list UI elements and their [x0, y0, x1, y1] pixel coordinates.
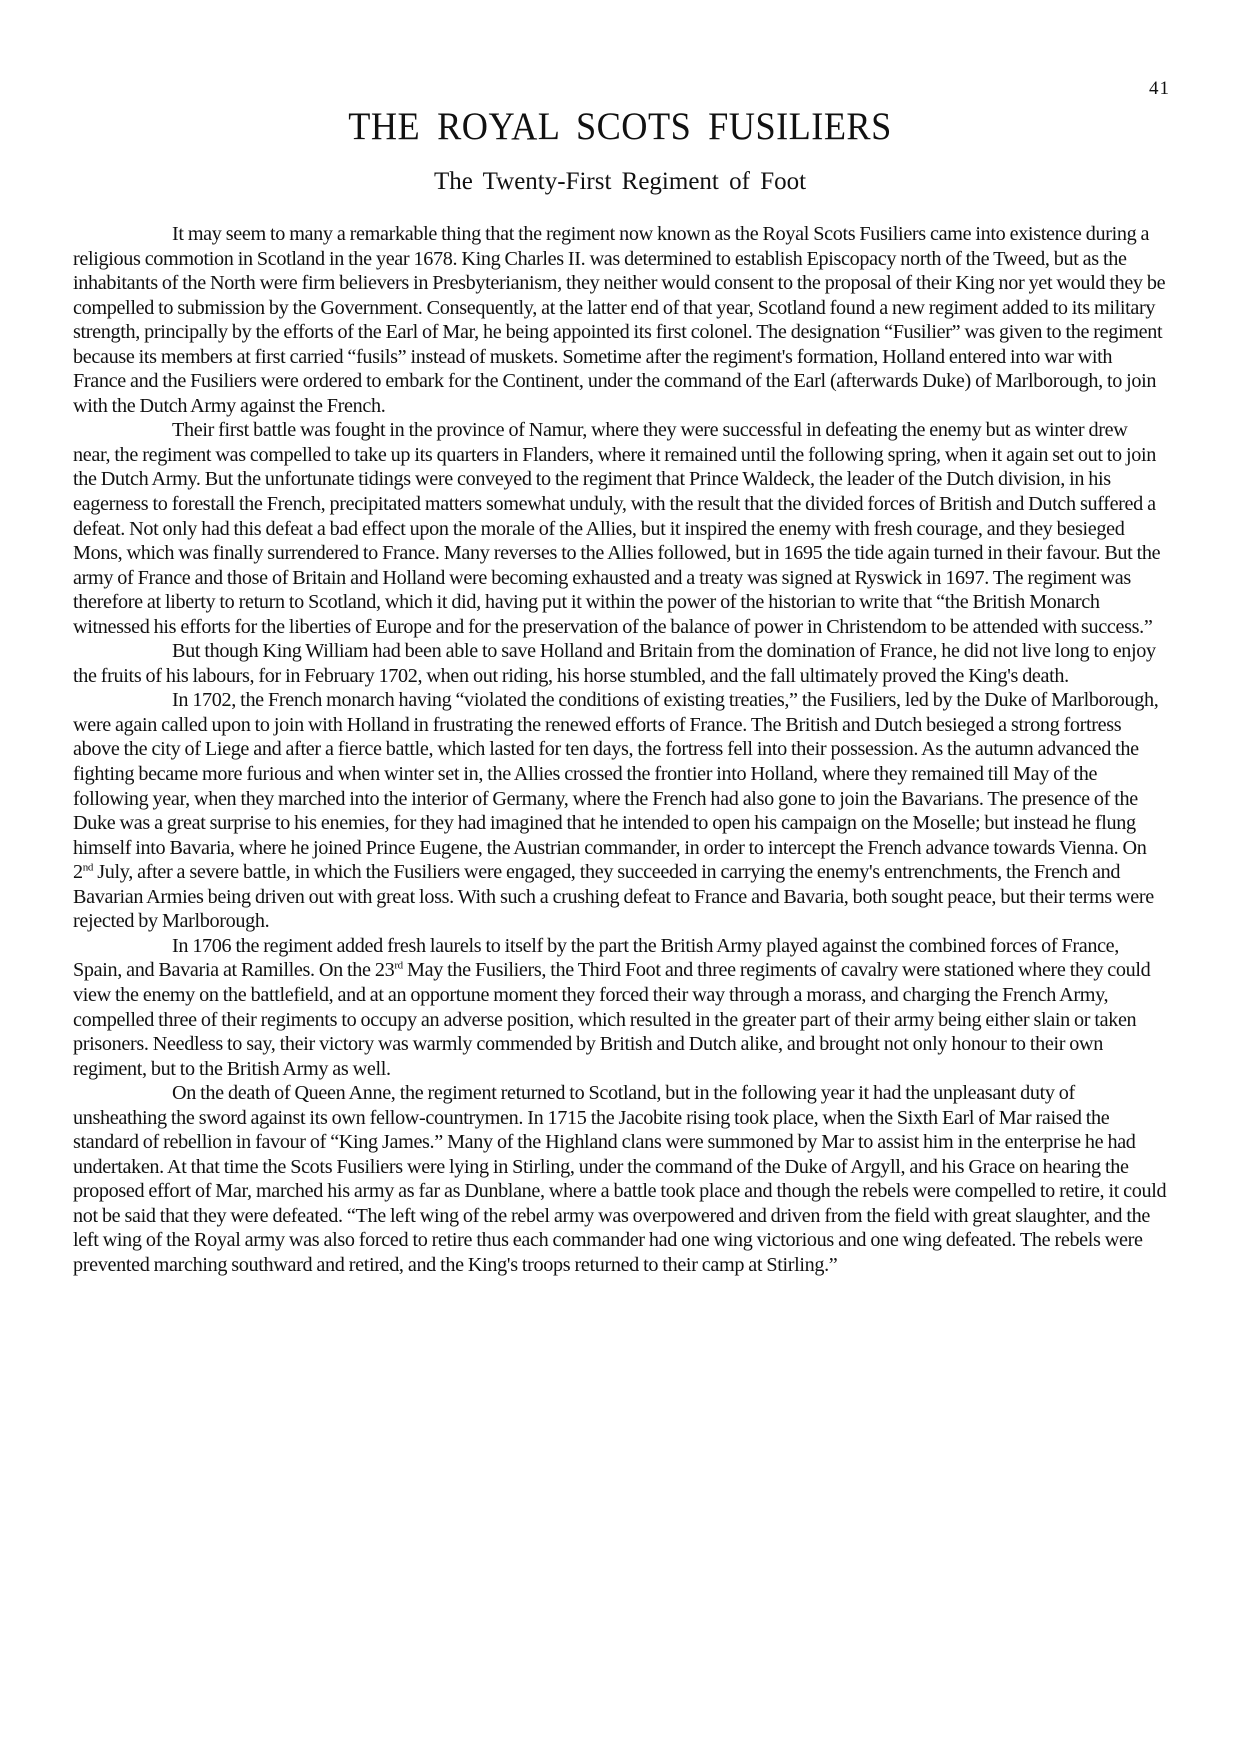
paragraph-4-part-1: In 1702, the French monarch having “viol…: [73, 689, 1158, 883]
page-subtitle: The Twenty-First Regiment of Foot: [0, 168, 1240, 196]
paragraph-3: But though King William had been able to…: [73, 639, 1167, 688]
paragraph-1: It may seem to many a remarkable thing t…: [73, 222, 1167, 418]
paragraph-5: In 1706 the regiment added fresh laurels…: [73, 934, 1167, 1081]
body-text: It may seem to many a remarkable thing t…: [73, 222, 1167, 1278]
paragraph-4-part-2: July, after a severe battle, in which th…: [73, 861, 1154, 932]
ordinal-suffix: rd: [394, 960, 402, 972]
paragraph-2: Their first battle was fought in the pro…: [73, 418, 1167, 639]
paragraph-6: On the death of Queen Anne, the regiment…: [73, 1081, 1167, 1277]
page-number: 41: [1110, 78, 1170, 100]
ordinal-suffix: nd: [83, 861, 93, 873]
paragraph-4: In 1702, the French monarch having “viol…: [73, 688, 1167, 933]
page-title: THE ROYAL SCOTS FUSILIERS: [43, 104, 1196, 149]
